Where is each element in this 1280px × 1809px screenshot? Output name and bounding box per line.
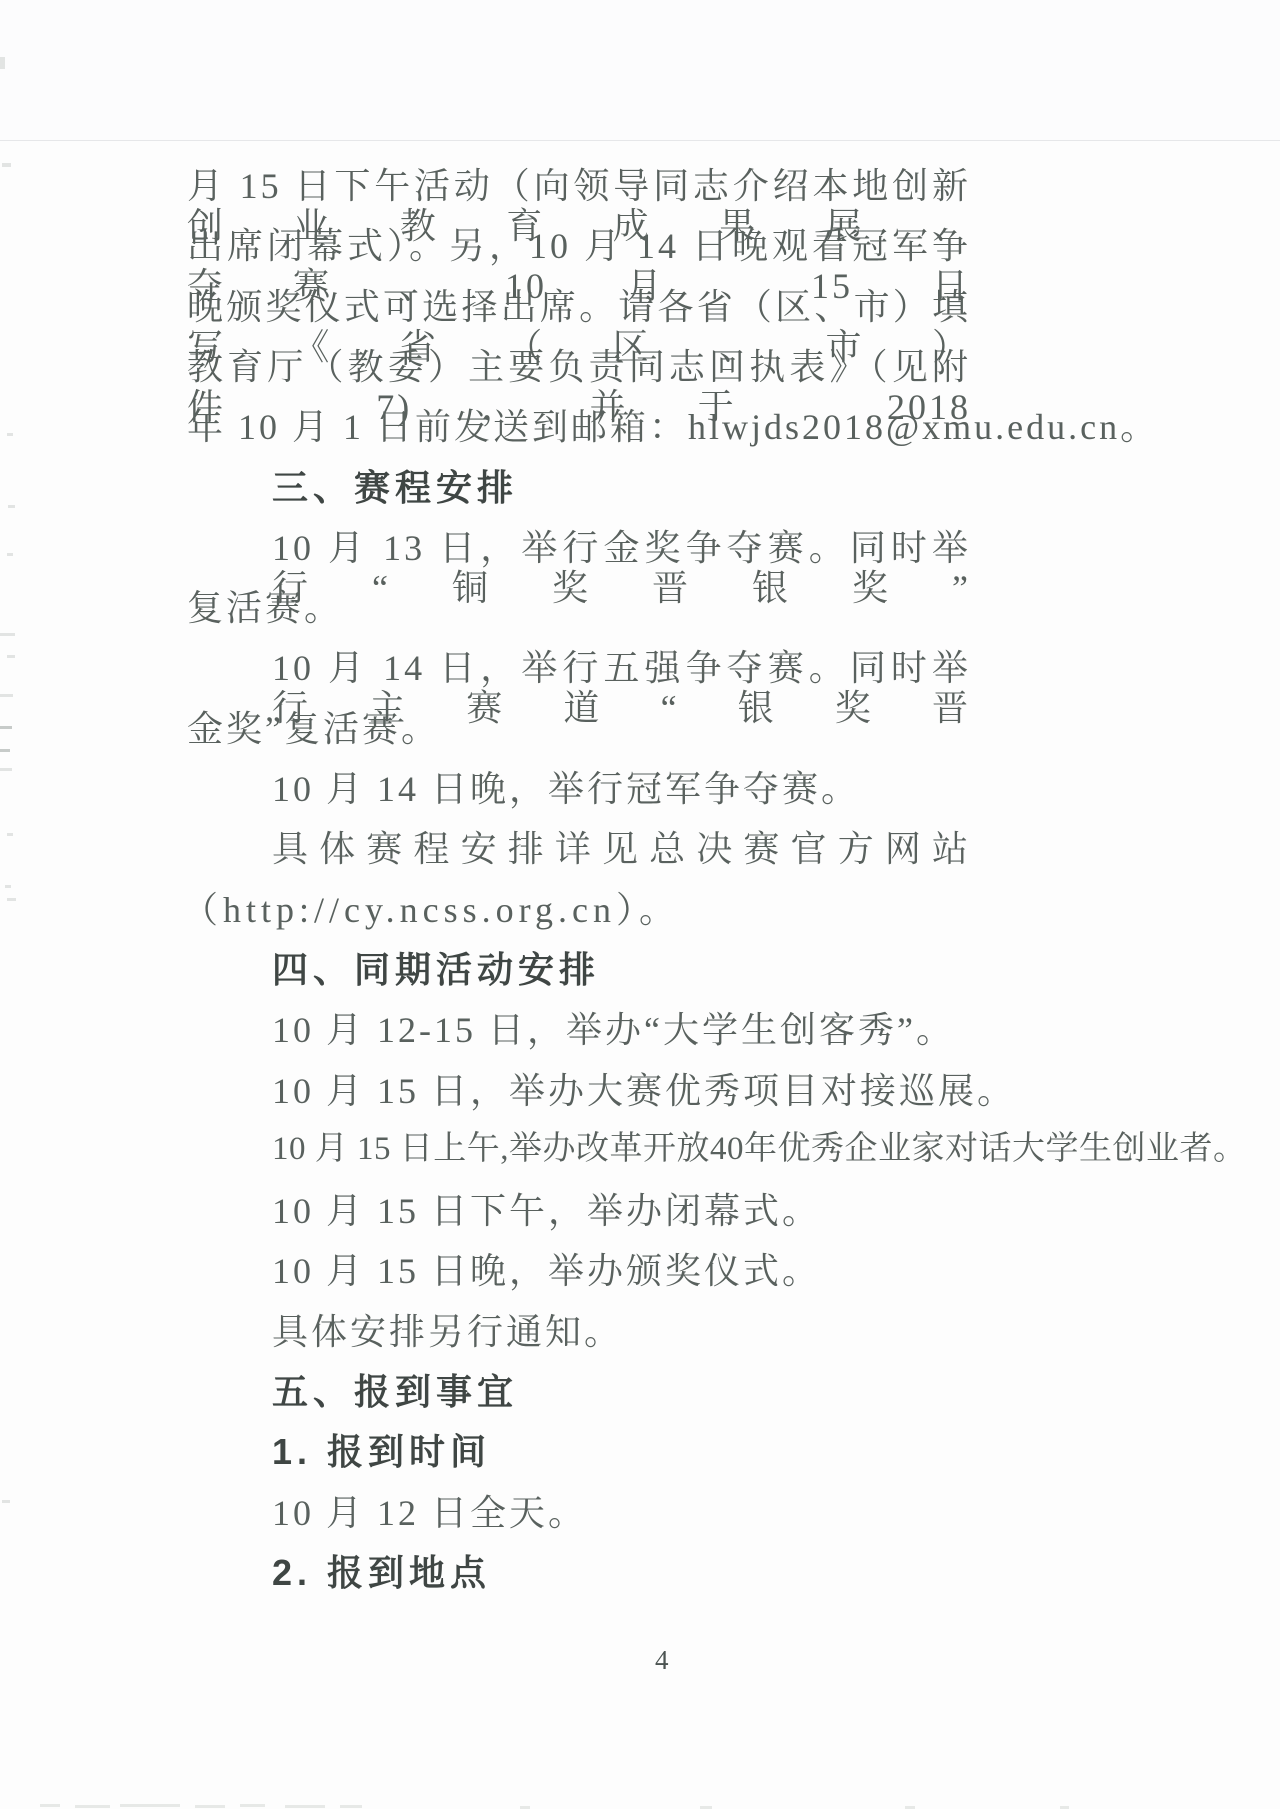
text-line: 金奖”复活赛。 (187, 709, 440, 749)
text-line: （http://cy.ncss.org.cn）。 (182, 890, 680, 930)
scan-artifact (0, 694, 13, 697)
text-line: 10 月 14 日晚，举行冠军争夺赛。 (272, 769, 860, 809)
scan-artifact (120, 1804, 180, 1807)
text-line: 10 月 15 日下午，举办闭幕式。 (272, 1191, 821, 1231)
scan-artifact (8, 505, 15, 508)
text-line: 10 月 12-15 日，举办“大学生创客秀”。 (272, 1010, 955, 1050)
text-line: 10 月 15 日上午,举办改革开放40年优秀企业家对话大学生创业者。 (272, 1131, 1247, 1168)
scan-artifact (0, 749, 10, 752)
scan-artifact (0, 726, 12, 729)
section-heading: 三、赛程安排 (272, 468, 518, 508)
scan-artifact (0, 633, 15, 636)
text-line: 复活赛。 (187, 588, 343, 628)
section-heading: 四、同期活动安排 (272, 950, 600, 990)
scan-artifact (285, 1805, 325, 1808)
scan-artifact (2, 163, 11, 167)
scan-artifact (0, 768, 12, 771)
scan-artifact (7, 833, 13, 836)
scan-artifact (2, 1500, 10, 1503)
text-line: 具体安排另行通知。 (272, 1312, 623, 1352)
text-line: 10 月 12 日全天。 (272, 1493, 587, 1533)
text-line: 具体赛程安排详见总决赛官方网站 (272, 829, 971, 869)
scan-artifact (340, 1805, 362, 1808)
scan-artifact (7, 655, 15, 658)
scan-artifact (195, 1805, 225, 1808)
scan-artifact (7, 898, 16, 901)
scan-artifact (5, 885, 11, 888)
scan-artifact (7, 433, 13, 436)
scan-artifact (75, 1805, 110, 1808)
section-heading: 2. 报到地点 (272, 1553, 491, 1593)
text-line: 年 10 月 1 日前发送到邮箱：hlwjds2018@xmu.edu.cn。 (187, 407, 1159, 447)
scan-artifact (0, 57, 5, 69)
scanned-document-page: 月 15 日下午活动（向领导同志介绍本地创新创业教育成果展、出席闭幕式）。另，1… (0, 0, 1280, 1809)
section-heading: 五、报到事宜 (272, 1372, 518, 1412)
text-line: 10 月 13 日，举行金奖争夺赛。同时举行“铜奖晋银奖” (272, 528, 971, 609)
text-line: 10 月 15 日，举办大赛优秀项目对接巡展。 (272, 1071, 1016, 1111)
text-line: 10 月 15 日晚，举办颁奖仪式。 (272, 1251, 821, 1291)
scan-artifact (240, 1804, 265, 1807)
page-number: 4 (655, 1645, 669, 1676)
section-heading: 1. 报到时间 (272, 1432, 491, 1472)
scan-artifact (40, 1804, 60, 1807)
scan-artifact (7, 553, 13, 556)
scan-top-band (0, 0, 1280, 141)
